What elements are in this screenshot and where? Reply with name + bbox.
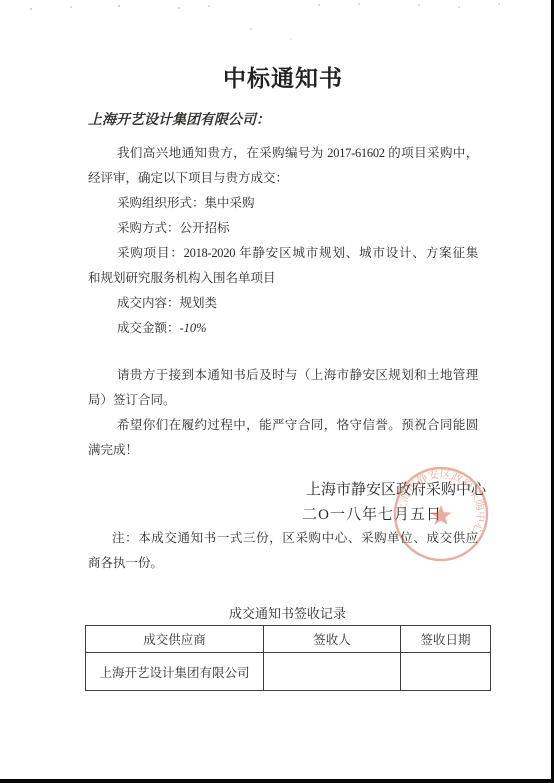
receipt-table-title: 成交通知书签收记录	[85, 604, 490, 624]
detail-project-line-2: 和规划研究服务机构入围名单项目	[88, 266, 478, 291]
paragraph-gap	[88, 341, 478, 363]
detail-organization-form: 采购组织形式：集中采购	[88, 191, 478, 216]
document-body: 我们高兴地通知贵方，在采购编号为 2017-61602 的项目采购中， 经评审，…	[88, 141, 478, 463]
document-title: 中标通知书	[88, 60, 478, 93]
intro-line-1: 我们高兴地通知贵方，在采购编号为 2017-61602 的项目采购中，	[88, 141, 478, 166]
detail-deal-content: 成交内容：规划类	[88, 291, 478, 316]
cell-sign-date-empty	[401, 653, 491, 691]
scan-edge-bottom	[0, 779, 554, 783]
header-supplier: 成交供应商	[86, 626, 264, 653]
issue-date: 二O一八年七月五日	[88, 503, 486, 528]
deal-amount-value: -10%	[180, 321, 207, 335]
receipt-header-row: 成交供应商 签收人 签收日期	[86, 626, 491, 653]
issuer-name: 上海市静安区政府采购中心	[88, 478, 486, 503]
header-signer: 签收人	[264, 626, 401, 653]
note-line-1: 注：本成交通知书一式三份，区采购中心、采购单位、成交供应	[88, 526, 478, 551]
deal-amount-label: 成交金额：	[117, 321, 180, 335]
note-line-2: 商各执一份。	[88, 551, 478, 576]
closing-line-2: 局）签订合同。	[88, 388, 478, 413]
recipient-company: 上海开艺设计集团有限公司：	[88, 109, 508, 129]
closing-line-1: 请贵方于接到本通知书后及时与（上海市静安区规划和土地管理	[88, 363, 478, 388]
detail-project-line-1: 采购项目：2018-2020 年静安区城市规划、城市设计、方案征集	[88, 241, 478, 266]
detail-deal-amount: 成交金额：-10%	[88, 316, 478, 341]
cell-signer-empty	[264, 653, 401, 691]
detail-procurement-method: 采购方式：公开招标	[88, 216, 478, 241]
scan-noise-artifacts	[0, 0, 2, 2]
cell-supplier-name: 上海开艺设计集团有限公司	[86, 653, 264, 691]
note-block: 注：本成交通知书一式三份，区采购中心、采购单位、成交供应 商各执一份。	[88, 526, 478, 576]
closing-line-4: 满完成！	[88, 438, 478, 463]
header-sign-date: 签收日期	[401, 626, 491, 653]
receipt-table: 成交供应商 签收人 签收日期 上海开艺设计集团有限公司	[85, 625, 491, 691]
intro-line-2: 经评审，确定以下项目与贵方成交：	[88, 166, 478, 191]
closing-line-3: 希望你们在履约过程中，能严守合同，恪守信誉。预祝合同能圆	[88, 413, 478, 438]
receipt-data-row: 上海开艺设计集团有限公司	[86, 653, 491, 691]
scanned-document-page: 中标通知书 上海开艺设计集团有限公司： 我们高兴地通知贵方，在采购编号为 201…	[0, 0, 554, 783]
